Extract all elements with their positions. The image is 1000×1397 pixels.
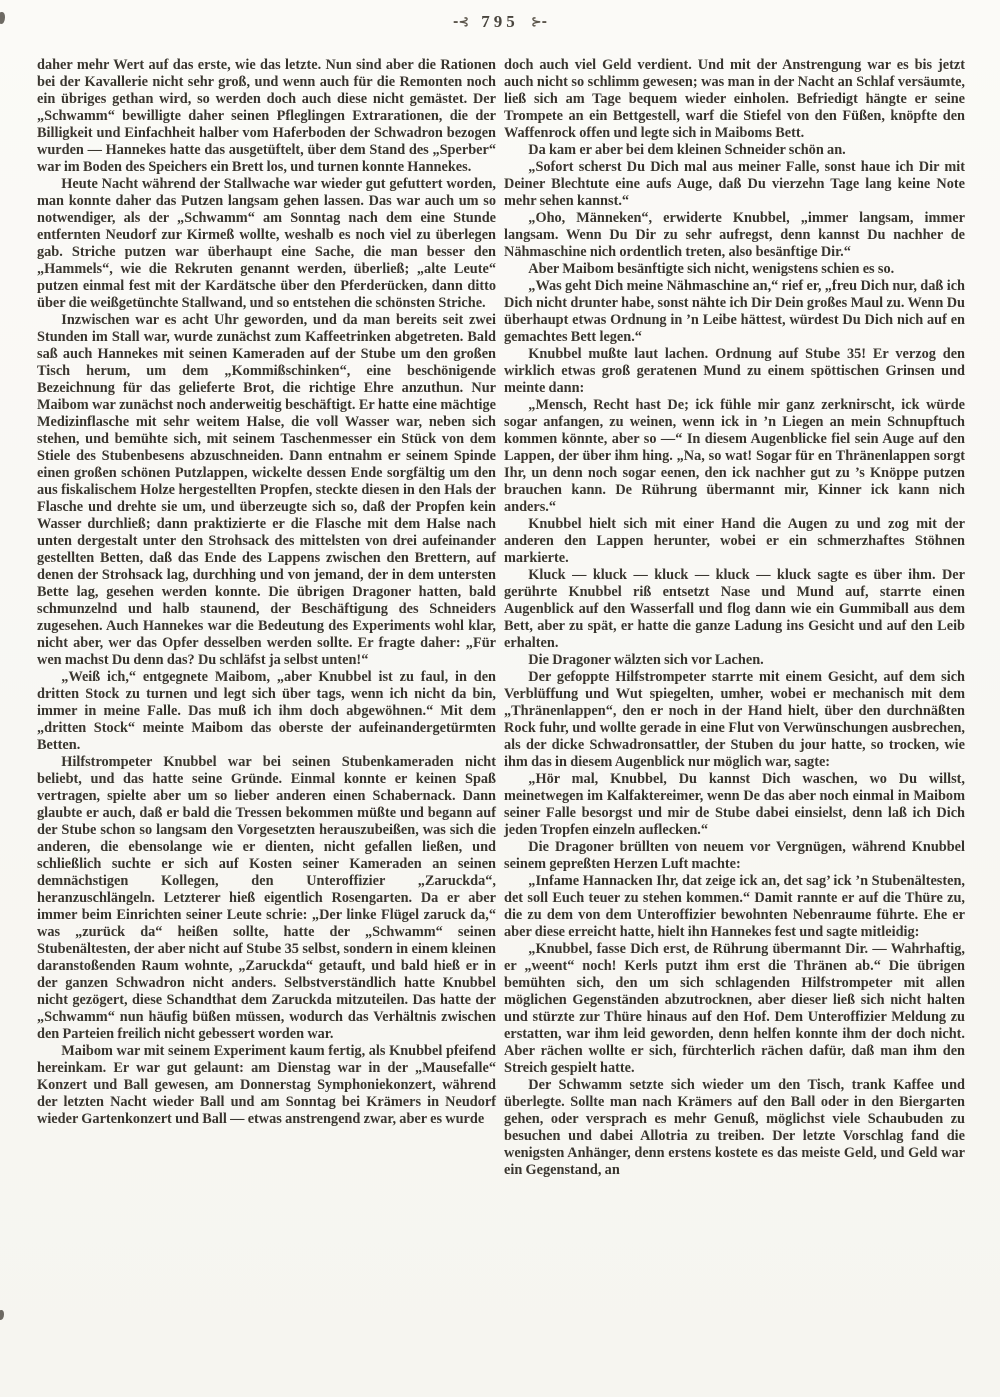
paragraph: Kluck — kluck — kluck — kluck — kluck sa… <box>504 567 965 652</box>
paragraph: Hilfstrompeter Knubbel war bei seinen St… <box>37 754 496 1043</box>
paragraph: Knubbel hielt sich mit einer Hand die Au… <box>504 516 965 567</box>
paragraph: Heute Nacht während der Stallwache war w… <box>37 176 496 312</box>
paragraph: „Sofort scherst Du Dich mal aus meiner F… <box>504 159 965 210</box>
paragraph: „Knubbel, fasse Dich erst, de Rührung üb… <box>504 941 965 1077</box>
paragraph: doch auch viel Geld verdient. Und mit de… <box>504 57 965 142</box>
page-header: -⊰795⊱- <box>0 12 1000 32</box>
paragraph: Die Dragoner wälzten sich vor Lachen. <box>504 652 965 669</box>
paragraph: Knubbel mußte laut lachen. Ordnung auf S… <box>504 346 965 397</box>
paragraph: „Hör mal, Knubbel, Du kannst Dich wasche… <box>504 771 965 839</box>
paragraph: daher mehr Wert auf das erste, wie das l… <box>37 57 496 176</box>
paragraph: Maibom war mit seinem Experiment kaum fe… <box>37 1043 496 1128</box>
page-number: 795 <box>481 12 519 31</box>
scanned-book-page: -⊰795⊱- daher mehr Wert auf das erste, w… <box>0 0 1000 1397</box>
paragraph: Der gefoppte Hilfstrompeter starrte mit … <box>504 669 965 771</box>
paragraph: „Infame Hannacken Ihr, dat zeige ick an,… <box>504 873 965 941</box>
paragraph: Die Dragoner brüllten von neuem vor Verg… <box>504 839 965 873</box>
text-column-left: daher mehr Wert auf das erste, wie das l… <box>37 57 496 1128</box>
header-ornament-right-icon: ⊱- <box>531 15 547 30</box>
paragraph: Da kam er aber bei dem kleinen Schneider… <box>504 142 965 159</box>
paragraph: „Oho, Männeken“, erwiderte Knubbel, „imm… <box>504 210 965 261</box>
paragraph: „Was geht Dich meine Nähmaschine an,“ ri… <box>504 278 965 346</box>
ink-speck-bottom-left <box>0 1310 4 1320</box>
paragraph: Der Schwamm setzte sich wieder um den Ti… <box>504 1077 965 1179</box>
header-ornament-left-icon: -⊰ <box>453 15 469 30</box>
paragraph: Inzwischen war es acht Uhr geworden, und… <box>37 312 496 669</box>
text-column-right: doch auch viel Geld verdient. Und mit de… <box>504 57 965 1179</box>
paragraph: Aber Maibom besänftigte sich nicht, weni… <box>504 261 965 278</box>
paragraph: „Weiß ich,“ entgegnete Maibom, „aber Knu… <box>37 669 496 754</box>
paragraph: „Mensch, Recht hast De; ick fühle mir ga… <box>504 397 965 516</box>
